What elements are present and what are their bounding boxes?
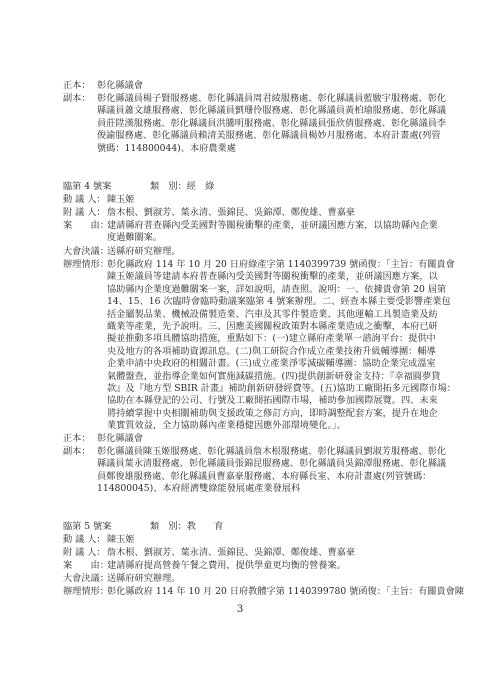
proposer-label: 動 議 人： bbox=[63, 534, 106, 546]
cosigners-value: 詹木根、劉淑芳、葉永清、張錦昆、吳錦潭、鄭俊雄、曹嘉豪 bbox=[107, 547, 355, 559]
reason-value: 建請縣府普查縣內受美國對等關稅衝擊的產業，並研議因應方案，以協助縣內企業 度過難… bbox=[107, 220, 438, 245]
zhengben-label: 正本： bbox=[63, 433, 91, 445]
handling-label: 辦理情形： bbox=[63, 259, 109, 271]
resolution-label: 大會決議： bbox=[63, 573, 109, 585]
resolution-label: 大會決議： bbox=[63, 246, 109, 258]
fuben-label: 副本： bbox=[63, 446, 91, 458]
zhengben-value: 彰化縣議會 bbox=[97, 80, 143, 92]
handling-value: 彰化縣政府 114 年 10 月 20 日府綠產字第 1140399739 號函… bbox=[107, 259, 456, 433]
case5-header: 臨第 5 號案 類 別：教 育 bbox=[63, 521, 111, 533]
resolution-value: 送縣府研究辦理。 bbox=[107, 573, 181, 585]
cosigners-label: 附 議 人： bbox=[63, 207, 106, 219]
zhengben-value: 彰化縣議會 bbox=[97, 433, 143, 445]
handling-label: 辦理情形： bbox=[63, 586, 109, 598]
case4-title: 臨第 4 號案 bbox=[63, 181, 111, 192]
reason-value: 建請縣府提高營養午餐之費用，提供學童更均衡的營養案。 bbox=[107, 560, 346, 572]
fuben-label: 副本： bbox=[63, 93, 91, 105]
proposer-value: 陳玉姬 bbox=[107, 194, 135, 206]
fuben-value: 彰化縣議員陳玉姬服務處、彰化縣議員詹木根服務處、彰化縣議員劉淑芳服務處、彰化 縣… bbox=[97, 446, 446, 496]
fuben-value: 彰化縣議員楊子賢服務處、彰化縣議員周君綾服務處、彰化縣議員藍駿宇服務處、彰化 縣… bbox=[97, 93, 446, 155]
case4-category: 類 別：經 綠 bbox=[150, 181, 214, 193]
case4-header: 臨第 4 號案 類 別：經 綠 bbox=[63, 181, 111, 193]
cosigners-label: 附 議 人： bbox=[63, 547, 106, 559]
case5-title: 臨第 5 號案 bbox=[63, 521, 111, 532]
resolution-value: 送縣府研究辦理。 bbox=[107, 246, 181, 258]
reason-label: 案 由： bbox=[63, 560, 109, 572]
proposer-label: 動 議 人： bbox=[63, 194, 106, 206]
case5-category: 類 別：教 育 bbox=[150, 521, 224, 533]
document-page: 正本： 彰化縣議會 副本： 彰化縣議員楊子賢服務處、彰化縣議員周君綾服務處、彰化… bbox=[0, 0, 480, 679]
cosigners-value: 詹木根、劉淑芳、葉永清、張錦昆、吳錦潭、鄭俊雄、曹嘉豪 bbox=[107, 207, 355, 219]
reason-label: 案 由： bbox=[63, 220, 109, 232]
handling-value: 彰化縣政府 114 年 10 月 20 日府教體字第 1140399780 號函… bbox=[107, 586, 464, 598]
proposer-value: 陳玉姬 bbox=[107, 534, 135, 546]
zhengben-label: 正本： bbox=[63, 80, 91, 92]
page-number: 3 bbox=[0, 604, 480, 615]
